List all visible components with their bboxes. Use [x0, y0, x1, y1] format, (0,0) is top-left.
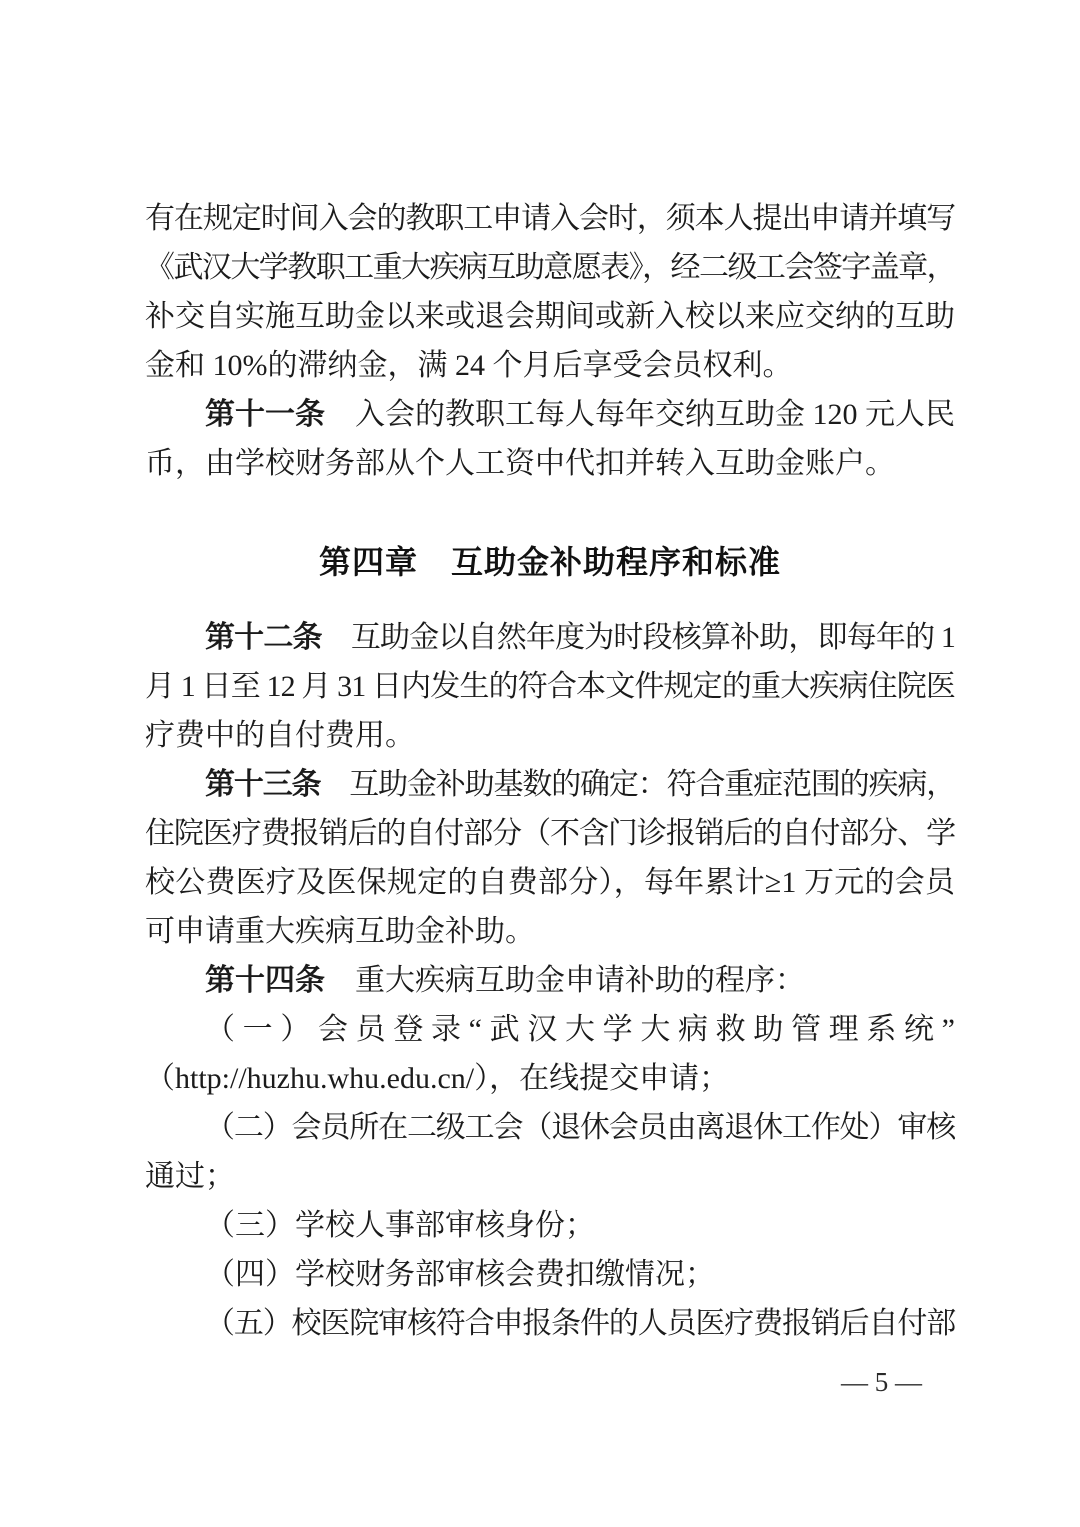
- text-line: 第十二条 互助金以自然年度为时段核算补助，即每年的 1: [145, 613, 955, 662]
- document-body: 有在规定时间入会的教职工申请入会时，须本人提出申请并填写《武汉大学教职工重大疾病…: [145, 194, 955, 1348]
- text-run: （四）学校财务部审核会费扣缴情况；: [205, 1258, 715, 1291]
- text-run: 通过；: [145, 1160, 235, 1193]
- article-number: 第十三条: [205, 768, 320, 801]
- article-12: 第十二条 互助金以自然年度为时段核算补助，即每年的 1月 1 日至 12 月 3…: [145, 613, 955, 760]
- item-1: （一）会员登录“武汉大学大病救助管理系统”（http://huzhu.whu.e…: [145, 1005, 955, 1103]
- article-13: 第十三条 互助金补助基数的确定：符合重症范围的疾病，住院医疗费报销后的自付部分（…: [145, 760, 955, 956]
- article-number: 第十四条: [205, 964, 325, 997]
- text-run: （三）学校人事部审核身份；: [205, 1209, 595, 1242]
- text-line: （http://huzhu.whu.edu.cn/），在线提交申请；: [145, 1054, 955, 1103]
- item-2: （二）会员所在二级工会（退休会员由离退休工作处）审核通过；: [145, 1103, 955, 1201]
- text-line: 金和 10%的滞纳金，满 24 个月后享受会员权利。: [145, 341, 955, 390]
- para-continuation: 有在规定时间入会的教职工申请入会时，须本人提出申请并填写《武汉大学教职工重大疾病…: [145, 194, 955, 390]
- text-line: （四）学校财务部审核会费扣缴情况；: [145, 1250, 955, 1299]
- text-run: 币，由学校财务部从个人工资中代扣并转入互助金账户。: [145, 447, 895, 480]
- text-run: （一）会员登录“武汉大学大病救助管理系统”: [205, 1013, 955, 1046]
- page-number: — 5 —: [841, 1367, 922, 1397]
- text-line: 月 1 日至 12 月 31 日内发生的符合本文件规定的重大疾病住院医: [145, 662, 955, 711]
- item-4: （四）学校财务部审核会费扣缴情况；: [145, 1250, 955, 1299]
- text-line: 补交自实施互助金以来或退会期间或新入校以来应交纳的互助: [145, 292, 955, 341]
- text-line: 校公费医疗及医保规定的自费部分），每年累计≥1 万元的会员: [145, 858, 955, 907]
- text-run: 金和 10%的滞纳金，满 24 个月后享受会员权利。: [145, 349, 793, 382]
- text-line: （二）会员所在二级工会（退休会员由离退休工作处）审核: [145, 1103, 955, 1152]
- text-run: 疗费中的自付费用。: [145, 719, 415, 752]
- text-line: 币，由学校财务部从个人工资中代扣并转入互助金账户。: [145, 439, 955, 488]
- text-run: 补交自实施互助金以来或退会期间或新入校以来应交纳的互助: [145, 300, 955, 333]
- text-line: 有在规定时间入会的教职工申请入会时，须本人提出申请并填写: [145, 194, 955, 243]
- text-run: 《武汉大学教职工重大疾病互助意愿表》，经二级工会签字盖章，: [145, 251, 955, 284]
- text-line: （三）学校人事部审核身份；: [145, 1201, 955, 1250]
- text-run: （http://huzhu.whu.edu.cn/），在线提交申请；: [145, 1062, 729, 1095]
- text-run: （五）校医院审核符合申报条件的人员医疗费报销后自付部: [205, 1307, 955, 1340]
- chapter-heading: 第四章 互助金补助程序和标准: [145, 538, 955, 587]
- item-5: （五）校医院审核符合申报条件的人员医疗费报销后自付部: [145, 1299, 955, 1348]
- text-run: 校公费医疗及医保规定的自费部分），每年累计≥1 万元的会员: [145, 866, 955, 899]
- text-line: 通过；: [145, 1152, 955, 1201]
- text-run: 入会的教职工每人每年交纳互助金 120 元人民: [325, 398, 955, 431]
- text-run: 住院医疗费报销后的自付部分（不含门诊报销后的自付部分、学: [145, 817, 955, 850]
- text-run: 互助金补助基数的确定：符合重症范围的疾病，: [320, 768, 955, 801]
- item-3: （三）学校人事部审核身份；: [145, 1201, 955, 1250]
- text-run: 重大疾病互助金申请补助的程序：: [325, 964, 805, 997]
- text-line: 第十四条 重大疾病互助金申请补助的程序：: [145, 956, 955, 1005]
- text-line: 《武汉大学教职工重大疾病互助意愿表》，经二级工会签字盖章，: [145, 243, 955, 292]
- article-number: 第十一条: [205, 398, 325, 431]
- text-line: 住院医疗费报销后的自付部分（不含门诊报销后的自付部分、学: [145, 809, 955, 858]
- text-run: 有在规定时间入会的教职工申请入会时，须本人提出申请并填写: [145, 202, 955, 235]
- text-line: 第十三条 互助金补助基数的确定：符合重症范围的疾病，: [145, 760, 955, 809]
- text-line: （一）会员登录“武汉大学大病救助管理系统”: [145, 1005, 955, 1054]
- text-line: 第十一条 入会的教职工每人每年交纳互助金 120 元人民: [145, 390, 955, 439]
- article-11: 第十一条 入会的教职工每人每年交纳互助金 120 元人民币，由学校财务部从个人工…: [145, 390, 955, 488]
- text-run: （二）会员所在二级工会（退休会员由离退休工作处）审核: [205, 1111, 955, 1144]
- text-line: 可申请重大疾病互助金补助。: [145, 907, 955, 956]
- document-page: 有在规定时间入会的教职工申请入会时，须本人提出申请并填写《武汉大学教职工重大疾病…: [0, 0, 1080, 1527]
- text-run: 月 1 日至 12 月 31 日内发生的符合本文件规定的重大疾病住院医: [145, 670, 955, 703]
- text-line: （五）校医院审核符合申报条件的人员医疗费报销后自付部: [145, 1299, 955, 1348]
- article-14: 第十四条 重大疾病互助金申请补助的程序：: [145, 956, 955, 1005]
- article-number: 第十二条: [205, 621, 322, 654]
- text-run: 可申请重大疾病互助金补助。: [145, 915, 535, 948]
- text-run: 互助金以自然年度为时段核算补助，即每年的 1: [322, 621, 955, 654]
- text-line: 疗费中的自付费用。: [145, 711, 955, 760]
